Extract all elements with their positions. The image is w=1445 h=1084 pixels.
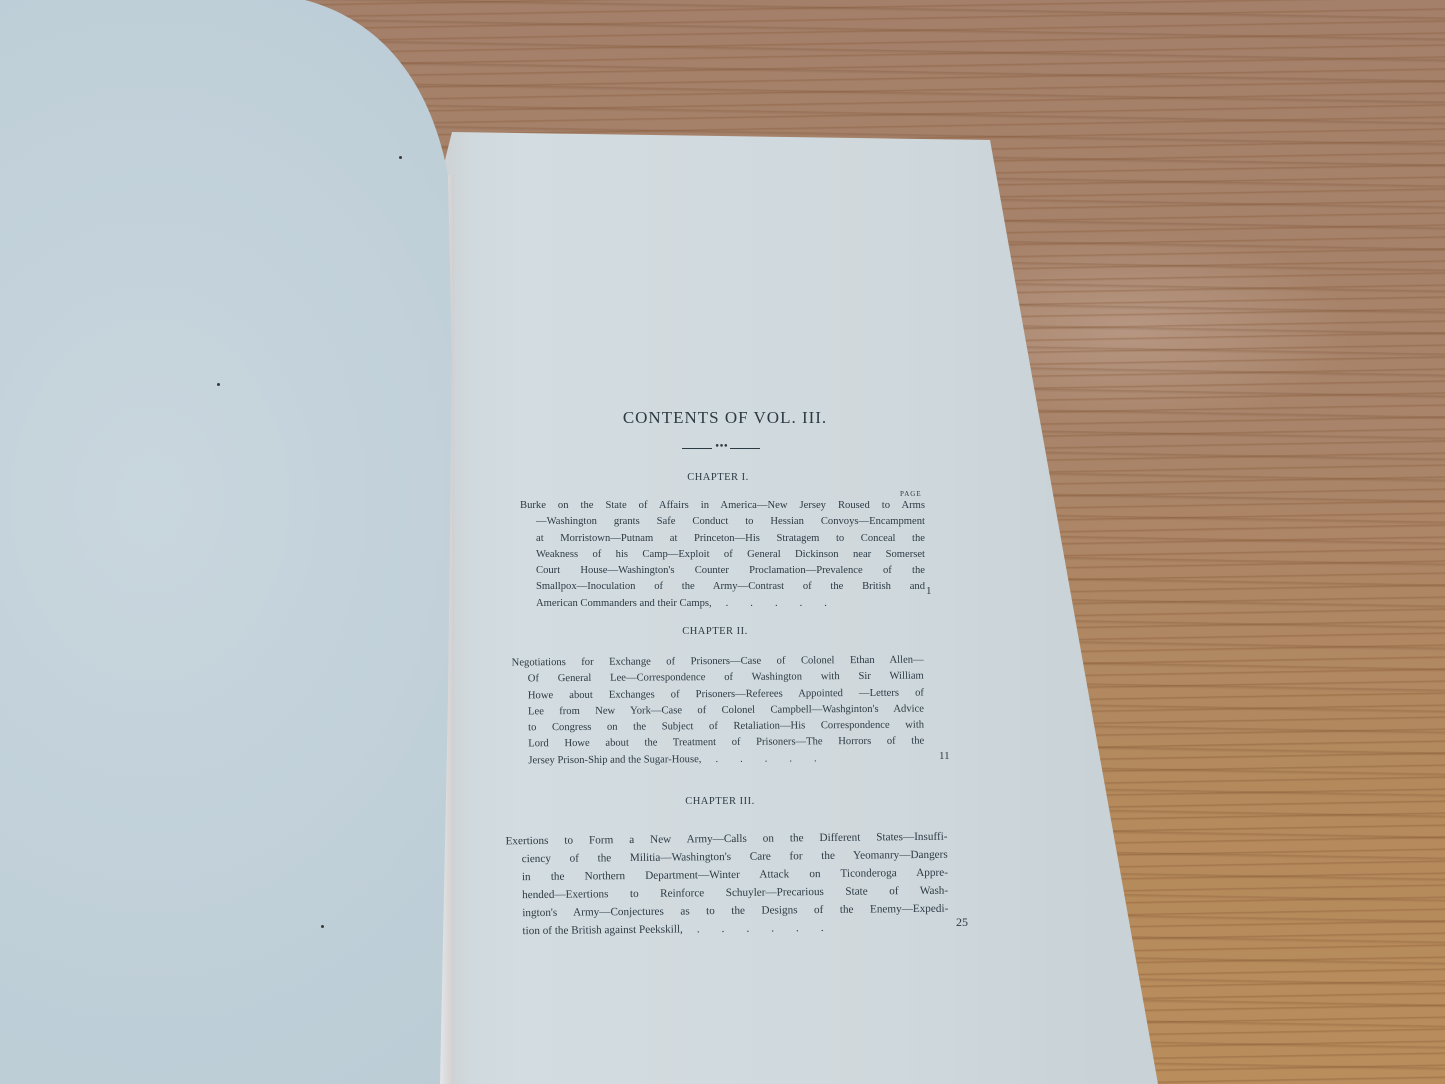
chapter-heading: CHAPTER II. — [615, 626, 815, 637]
page-column-label: PAGE — [900, 490, 922, 498]
chapter-2-summary: Negotiations for Exchange of Prisoners—C… — [512, 653, 925, 770]
dot-leader: ...... — [697, 922, 846, 936]
page-number: 1 — [926, 585, 932, 597]
summary-line: Jersey Prison-Ship and the Sugar-House, — [528, 754, 701, 766]
page-number: 25 — [956, 915, 968, 930]
summary-line: —Washington grants Safe Conduct to Hessi… — [536, 514, 925, 530]
ornament-dots-icon: ••• — [713, 441, 729, 453]
chapter-heading: CHAPTER I. — [618, 472, 818, 483]
dot-leader: ..... — [726, 598, 849, 609]
contents-page: CONTENTS OF VOL. III. ••• CHAPTER I. PAG… — [0, 0, 1445, 1084]
summary-line: Weakness of his Camp—Exploit of General … — [536, 547, 925, 563]
summary-line: at Morristown—Putnam at Princeton—His St… — [536, 531, 925, 547]
summary-line: Court House—Washington's Counter Proclam… — [536, 563, 925, 579]
summary-line: Burke on the State of Affairs in America… — [520, 498, 925, 514]
page-number: 11 — [939, 750, 950, 762]
summary-line: American Commanders and their Camps, — [536, 598, 712, 609]
ornament-divider: ••• — [682, 444, 760, 452]
chapter-heading: CHAPTER III. — [620, 796, 820, 807]
chapter-1-summary: Burke on the State of Affairs in America… — [520, 498, 925, 612]
dot-leader: ..... — [715, 753, 838, 765]
summary-line: tion of the British against Peekskill, — [522, 923, 682, 937]
page-title: CONTENTS OF VOL. III. — [560, 408, 890, 428]
summary-line: Lord Howe about the Treatment of Prisone… — [528, 734, 924, 753]
chapter-3-summary: Exertions to Form a New Army—Calls on th… — [505, 828, 948, 941]
summary-line: Smallpox—Inoculation of the Army—Contras… — [536, 579, 925, 595]
